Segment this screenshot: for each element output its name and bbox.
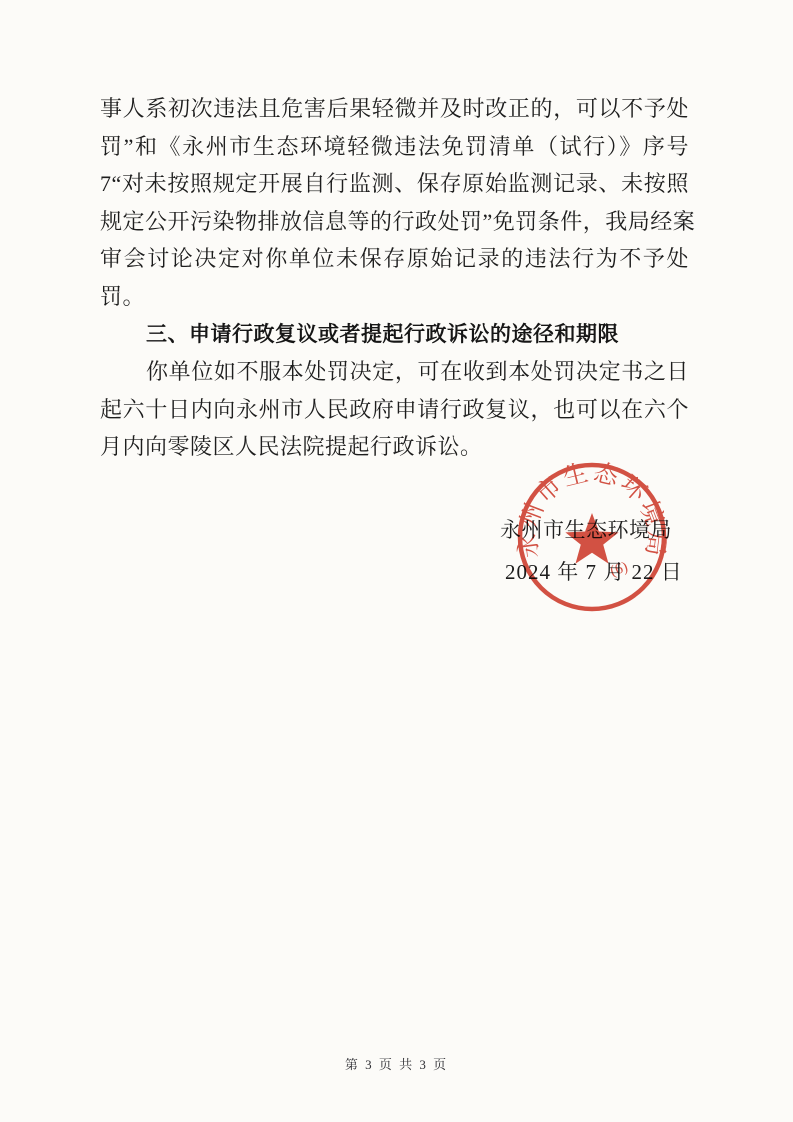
body-line: 罚。 — [100, 278, 689, 316]
body-line: 审会讨论决定对你单位未保存原始记录的违法行为不予处 — [100, 240, 689, 278]
body-line: 事人系初次违法且危害后果轻微并及时改正的，可以不予处 — [100, 90, 689, 128]
body-line: 你单位如不服本处罚决定，可在收到本处罚决定书之日 — [100, 353, 689, 391]
signature-date: 2024 年 7 月 22 日 — [505, 557, 683, 587]
signature-organization: 永州市生态环境局 — [500, 515, 672, 545]
page-number-footer: 第 3 页 共 3 页 — [0, 1054, 793, 1073]
body-line: 罚”和《永州市生态环境轻微违法免罚清单（试行）》序号 — [100, 128, 689, 166]
paragraph-appeal-instructions: 你单位如不服本处罚决定，可在收到本处罚决定书之日 起六十日内向永州市人民政府申请… — [100, 353, 689, 466]
paragraph-penalty-exemption: 事人系初次违法且危害后果轻微并及时改正的，可以不予处 罚”和《永州市生态环境轻微… — [100, 90, 689, 315]
document-page: 事人系初次违法且危害后果轻微并及时改正的，可以不予处 罚”和《永州市生态环境轻微… — [0, 0, 793, 1122]
body-line: 起六十日内向永州市人民政府申请行政复议，也可以在六个 — [100, 391, 689, 429]
body-line: 7“对未按照规定开展自行监测、保存原始监测记录、未按照 — [100, 165, 689, 203]
body-line: 月内向零陵区人民法院提起行政诉讼。 — [100, 428, 689, 466]
section-heading-appeal: 三、申请行政复议或者提起行政诉讼的途径和期限 — [146, 316, 619, 354]
body-line: 规定公开污染物排放信息等的行政处罚”免罚条件，我局经案 — [100, 203, 689, 241]
